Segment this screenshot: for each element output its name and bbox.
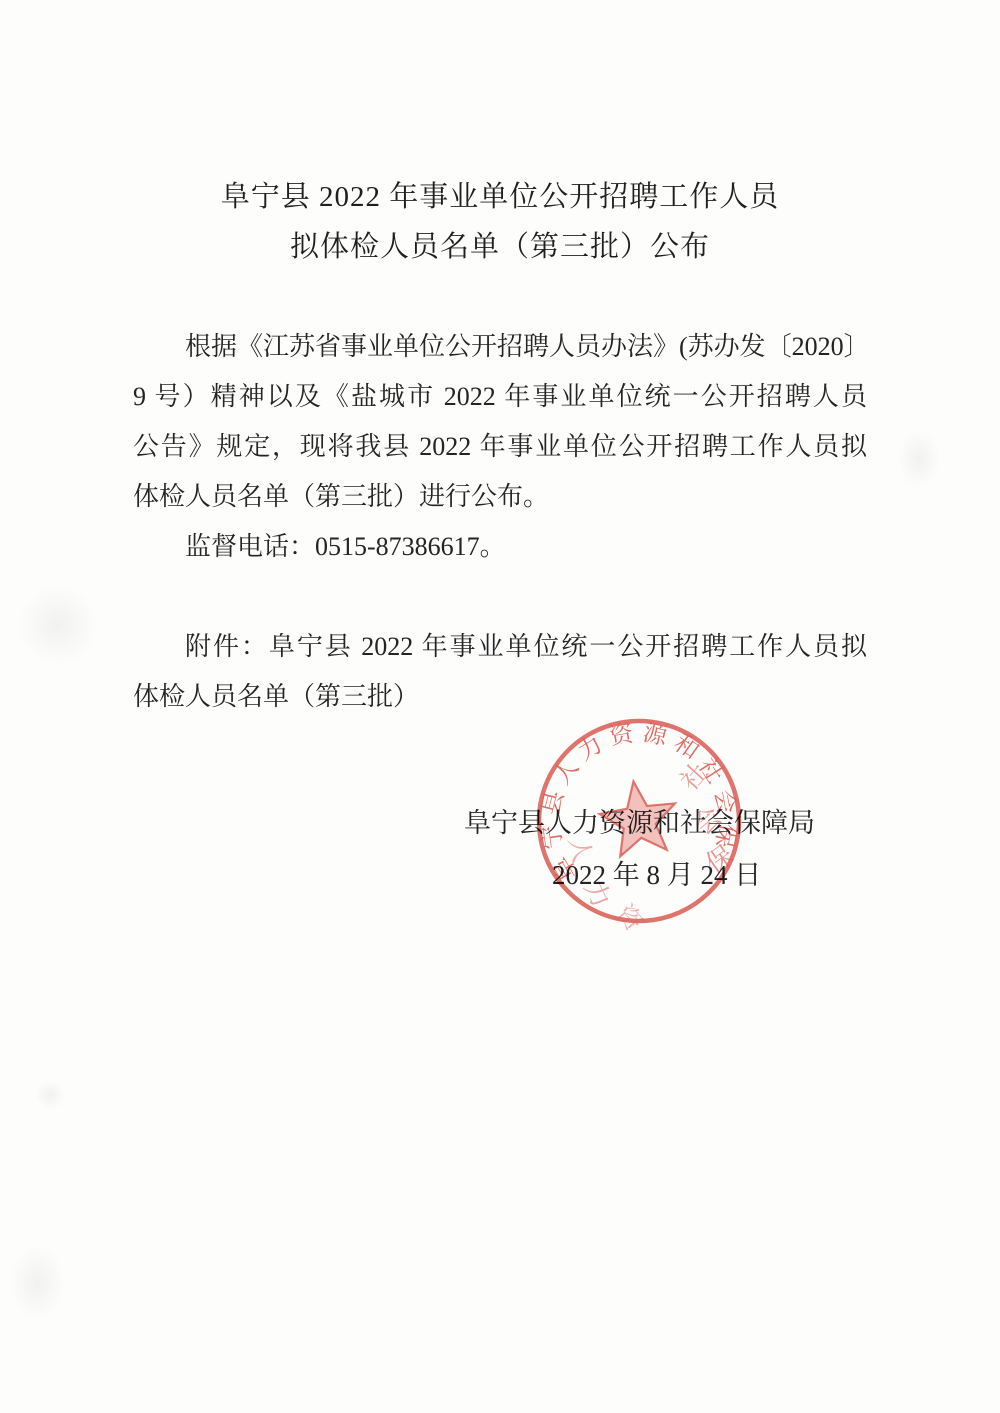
paragraph-line: 体检人员名单（第三批）进行公布。 [133,472,867,522]
document-title-line1: 阜宁县 2022 年事业单位公开招聘工作人员 [0,172,1000,222]
paragraph-line: 公告》规定，现将我县 2022 年事业单位公开招聘工作人员拟 [133,422,867,472]
scan-smudge [898,430,940,488]
document-body: 根据《江苏省事业单位公开招聘人员办法》(苏办发〔2020〕 9 号）精神以及《盐… [133,322,867,722]
seal-ghost-char: 资 [609,899,649,930]
paragraph-line: 9 号）精神以及《盐城市 2022 年事业单位统一公开招聘人员 [133,372,867,422]
scan-smudge [35,1080,65,1110]
supervision-phone-line: 监督电话：0515-87386617。 [133,522,867,572]
seal-graphic: 阜宁县人力资源和社会保障局 人 力 资 社 会 保 [532,714,748,930]
scan-smudge [10,1245,65,1320]
attachment-line: 附件：阜宁县 2022 年事业单位统一公开招聘工作人员拟 [133,622,867,672]
paragraph-line: 根据《江苏省事业单位公开招聘人员办法》(苏办发〔2020〕 [133,322,867,372]
star-icon [596,776,681,858]
document-title-line2: 拟体检人员名单（第三批）公布 [0,222,1000,272]
document-page: 阜宁县 2022 年事业单位公开招聘工作人员 拟体检人员名单（第三批）公布 根据… [0,0,1000,1413]
scan-smudge [7,574,110,677]
attachment-line: 体检人员名单（第三批） [133,672,867,722]
document-title: 阜宁县 2022 年事业单位公开招聘工作人员 拟体检人员名单（第三批）公布 [0,172,1000,272]
seal-ghost-char: 人 [563,834,597,865]
official-seal: 阜宁县人力资源和社会保障局 人 力 资 社 会 保 [532,714,748,930]
